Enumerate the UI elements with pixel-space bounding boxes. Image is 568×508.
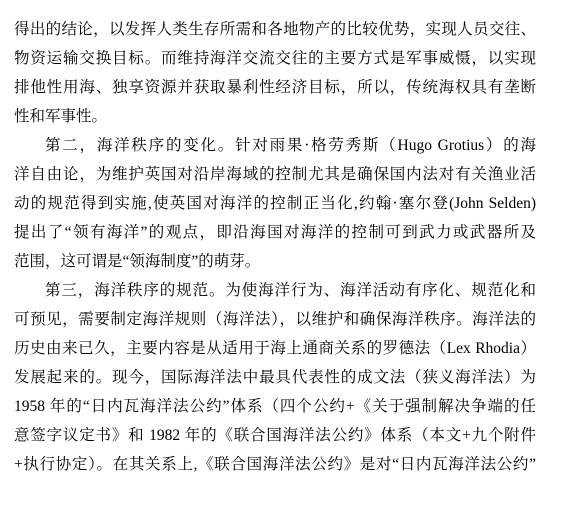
document-page: 得出的结论，以发挥人类生存所需和各地物产的比较优势，实现人员交往、 物资运输交换… xyxy=(0,0,568,508)
text-line: 得出的结论，以发挥人类生存所需和各地物产的比较优势，实现人员交往、 xyxy=(14,15,536,44)
paragraph: 第二，海洋秩序的变化。针对雨果·格劳秀斯（Hugo Grotius）的海 洋自由… xyxy=(14,131,536,276)
text-line: 第三，海洋秩序的规范。为使海洋行为、海洋活动有序化、规范化和 xyxy=(14,276,536,305)
text-line: 排他性用海、独享资源并获取暴利性经济目标，所以，传统海权具有垄断 xyxy=(14,73,536,102)
text-line: 物资运输交换目标。而维持海洋交流交往的主要方式是军事威慑，以实现 xyxy=(14,44,536,73)
text-line: 发展起来的。现今，国际海洋法中最具代表性的成文法（狭义海洋法）为 xyxy=(14,363,536,392)
paragraph: 第三，海洋秩序的规范。为使海洋行为、海洋活动有序化、规范化和 可预见，需要制定海… xyxy=(14,276,536,479)
text-line: +执行协定）。在其关系上,《联合国海洋法公约》是对“日内瓦海洋法公约” xyxy=(14,450,536,479)
text-line: 动的规范得到实施,使英国对海洋的控制正当化,约翰·塞尔登(John Selden… xyxy=(14,189,536,218)
text-line: 范围，这可谓是“领海制度”的萌芽。 xyxy=(14,247,536,276)
text-line: 洋自由论，为维护英国对沿岸海域的控制尤其是确保国内法对有关渔业活 xyxy=(14,160,536,189)
text-line: 意签字议定书》和 1982 年的《联合国海洋法公约》体系（本文+九个附件 xyxy=(14,421,536,450)
text-line: 第二，海洋秩序的变化。针对雨果·格劳秀斯（Hugo Grotius）的海 xyxy=(14,131,536,160)
text-line: 可预见，需要制定海洋规则（海洋法），以维护和确保海洋秩序。海洋法的 xyxy=(14,305,536,334)
text-line: 提出了“领有海洋”的观点，即沿海国对海洋的控制可到武力或武器所及 xyxy=(14,218,536,247)
text-line: 历史由来已久，主要内容是从适用于海上通商关系的罗德法（Lex Rhodia） xyxy=(14,334,536,363)
text-line: 1958 年的“日内瓦海洋法公约”体系（四个公约+《关于强制解决争端的任 xyxy=(14,392,536,421)
paragraph: 得出的结论，以发挥人类生存所需和各地物产的比较优势，实现人员交往、 物资运输交换… xyxy=(14,15,536,131)
text-line: 性和军事性。 xyxy=(14,102,536,131)
